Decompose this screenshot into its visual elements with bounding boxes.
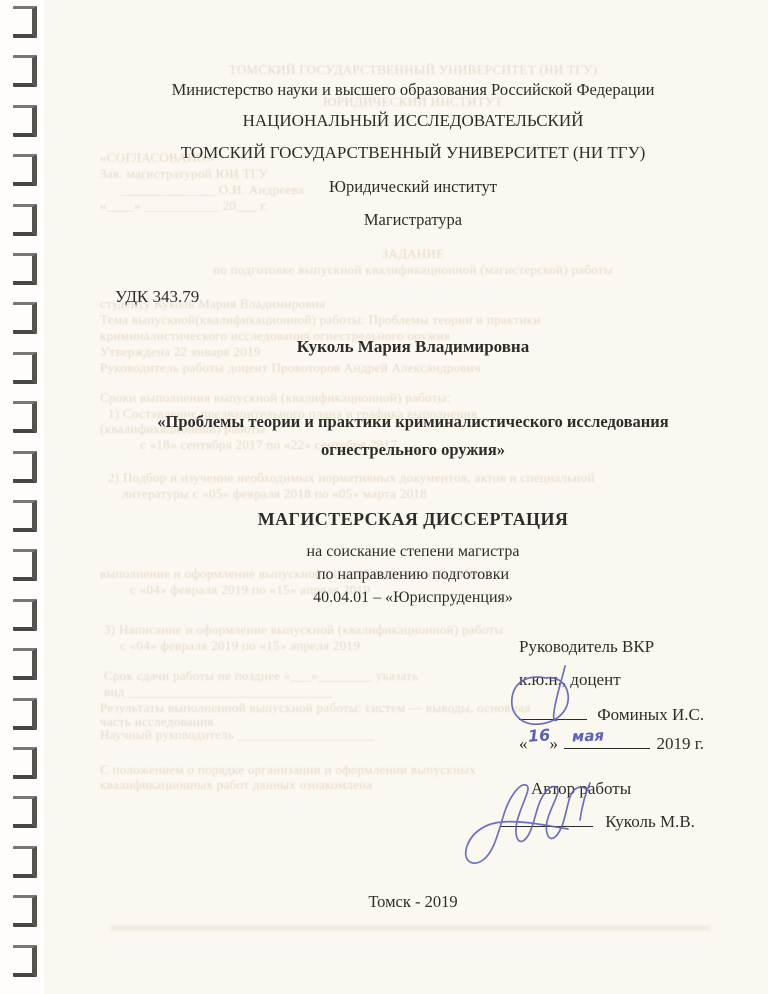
work-type-heading: МАГИСТЕРСКАЯ ДИССЕРТАЦИЯ xyxy=(88,509,738,530)
author-work-label: Автор работы xyxy=(531,779,631,799)
binding-edge-strip xyxy=(0,0,44,994)
binding-mark xyxy=(13,352,37,384)
bleed-through-line: 3) Написание и оформление выпускной (ква… xyxy=(104,622,504,638)
author-signature-line: Куколь М.В. xyxy=(501,807,695,832)
bleed-through-line: вид ______________________________ xyxy=(104,684,332,700)
binding-mark xyxy=(13,154,37,186)
supervisor-signature-line: Фоминых И.С. xyxy=(519,700,704,725)
degree-line2: по направлению подготовки xyxy=(88,566,738,584)
binding-mark xyxy=(13,549,37,581)
supervisor-signature-blank xyxy=(519,700,587,720)
date-quote-open: « xyxy=(519,734,528,753)
institute-line: Юридический институт xyxy=(88,177,738,197)
university-line1: НАЦИОНАЛЬНЫЙ ИССЛЕДОВАТЕЛЬСКИЙ xyxy=(88,111,738,131)
degree-line3: 40.04.01 – «Юриспруденция» xyxy=(88,589,738,607)
handwritten-day: 16 xyxy=(527,725,551,746)
udc-code: УДК 343.79 xyxy=(115,287,199,307)
thesis-title-line2: огнестрельного оружия» xyxy=(88,440,738,460)
supervisor-rank: к.ю.н., доцент xyxy=(519,670,621,690)
binding-mark xyxy=(13,648,37,680)
binding-mark xyxy=(13,747,37,779)
bleed-through-line: с «04» февраля 2019 по «15» апреля 2019 xyxy=(120,638,360,654)
bleed-through-line: Руководитель работы доцент Провоторов Ан… xyxy=(100,360,481,376)
author-short-name: Куколь М.В. xyxy=(597,812,695,831)
scanned-title-page: ТОМСКИЙ ГОСУДАРСТВЕННЫЙ УНИВЕРСИТЕТ (НИ … xyxy=(0,0,768,994)
bleed-through-smudge xyxy=(110,926,710,930)
binding-mark xyxy=(13,302,37,334)
binding-mark xyxy=(13,698,37,730)
binding-mark xyxy=(13,500,37,532)
program-line: Магистратура xyxy=(88,210,738,230)
binding-mark xyxy=(13,796,37,828)
binding-mark xyxy=(13,895,37,927)
bleed-through-line: С положением о порядке организации и офо… xyxy=(100,762,476,778)
thesis-title-line1: «Проблемы теории и практики криминалисти… xyxy=(88,412,738,432)
binding-mark xyxy=(13,945,37,977)
author-signature-blank xyxy=(501,807,593,827)
bleed-through-line: по подготовке выпускной квалификационной… xyxy=(88,262,738,278)
bleed-through-line: Сроки выполнения выпускной (квалификацио… xyxy=(100,390,451,406)
binding-mark xyxy=(13,253,37,285)
bleed-through-line: Тема выпускной(квалификационной) работы:… xyxy=(100,312,541,328)
binding-mark xyxy=(13,451,37,483)
bleed-through-line: литературы с «05» февраля 2018 по «05» м… xyxy=(122,486,427,502)
bleed-through-line: Срок сдачи работы не позднее «___»______… xyxy=(104,668,419,684)
bleed-through-line: ЗАДАНИЕ xyxy=(88,246,738,262)
supervisor-role: Руководитель ВКР xyxy=(519,637,654,657)
author-full-name: Куколь Мария Владимировна xyxy=(88,337,738,357)
handwritten-month: мая xyxy=(572,726,605,745)
bleed-through-line: 2) Подбор и изучение необходимых нормати… xyxy=(108,470,595,486)
degree-line1: на соискание степени магистра xyxy=(88,543,738,561)
bleed-through-line: квалификационных работ данных ознакомлен… xyxy=(100,777,372,793)
date-year: 2019 г. xyxy=(657,734,705,753)
binding-mark xyxy=(13,599,37,631)
binding-mark xyxy=(13,55,37,87)
binding-mark xyxy=(13,846,37,878)
bleed-through-line: ТОМСКИЙ ГОСУДАРСТВЕННЫЙ УНИВЕРСИТЕТ (НИ … xyxy=(88,62,738,78)
university-line2: ТОМСКИЙ ГОСУДАРСТВЕННЫЙ УНИВЕРСИТЕТ (НИ … xyxy=(88,143,738,163)
ministry-line: Министерство науки и высшего образования… xyxy=(88,80,738,100)
binding-mark xyxy=(13,105,37,137)
bleed-through-line: Научный руководитель ___________________… xyxy=(100,727,374,743)
binding-mark xyxy=(13,204,37,236)
binding-mark xyxy=(13,401,37,433)
footer-city-year: Томск - 2019 xyxy=(88,892,738,912)
supervisor-name: Фоминых И.С. xyxy=(591,705,704,724)
binding-mark xyxy=(13,6,37,38)
